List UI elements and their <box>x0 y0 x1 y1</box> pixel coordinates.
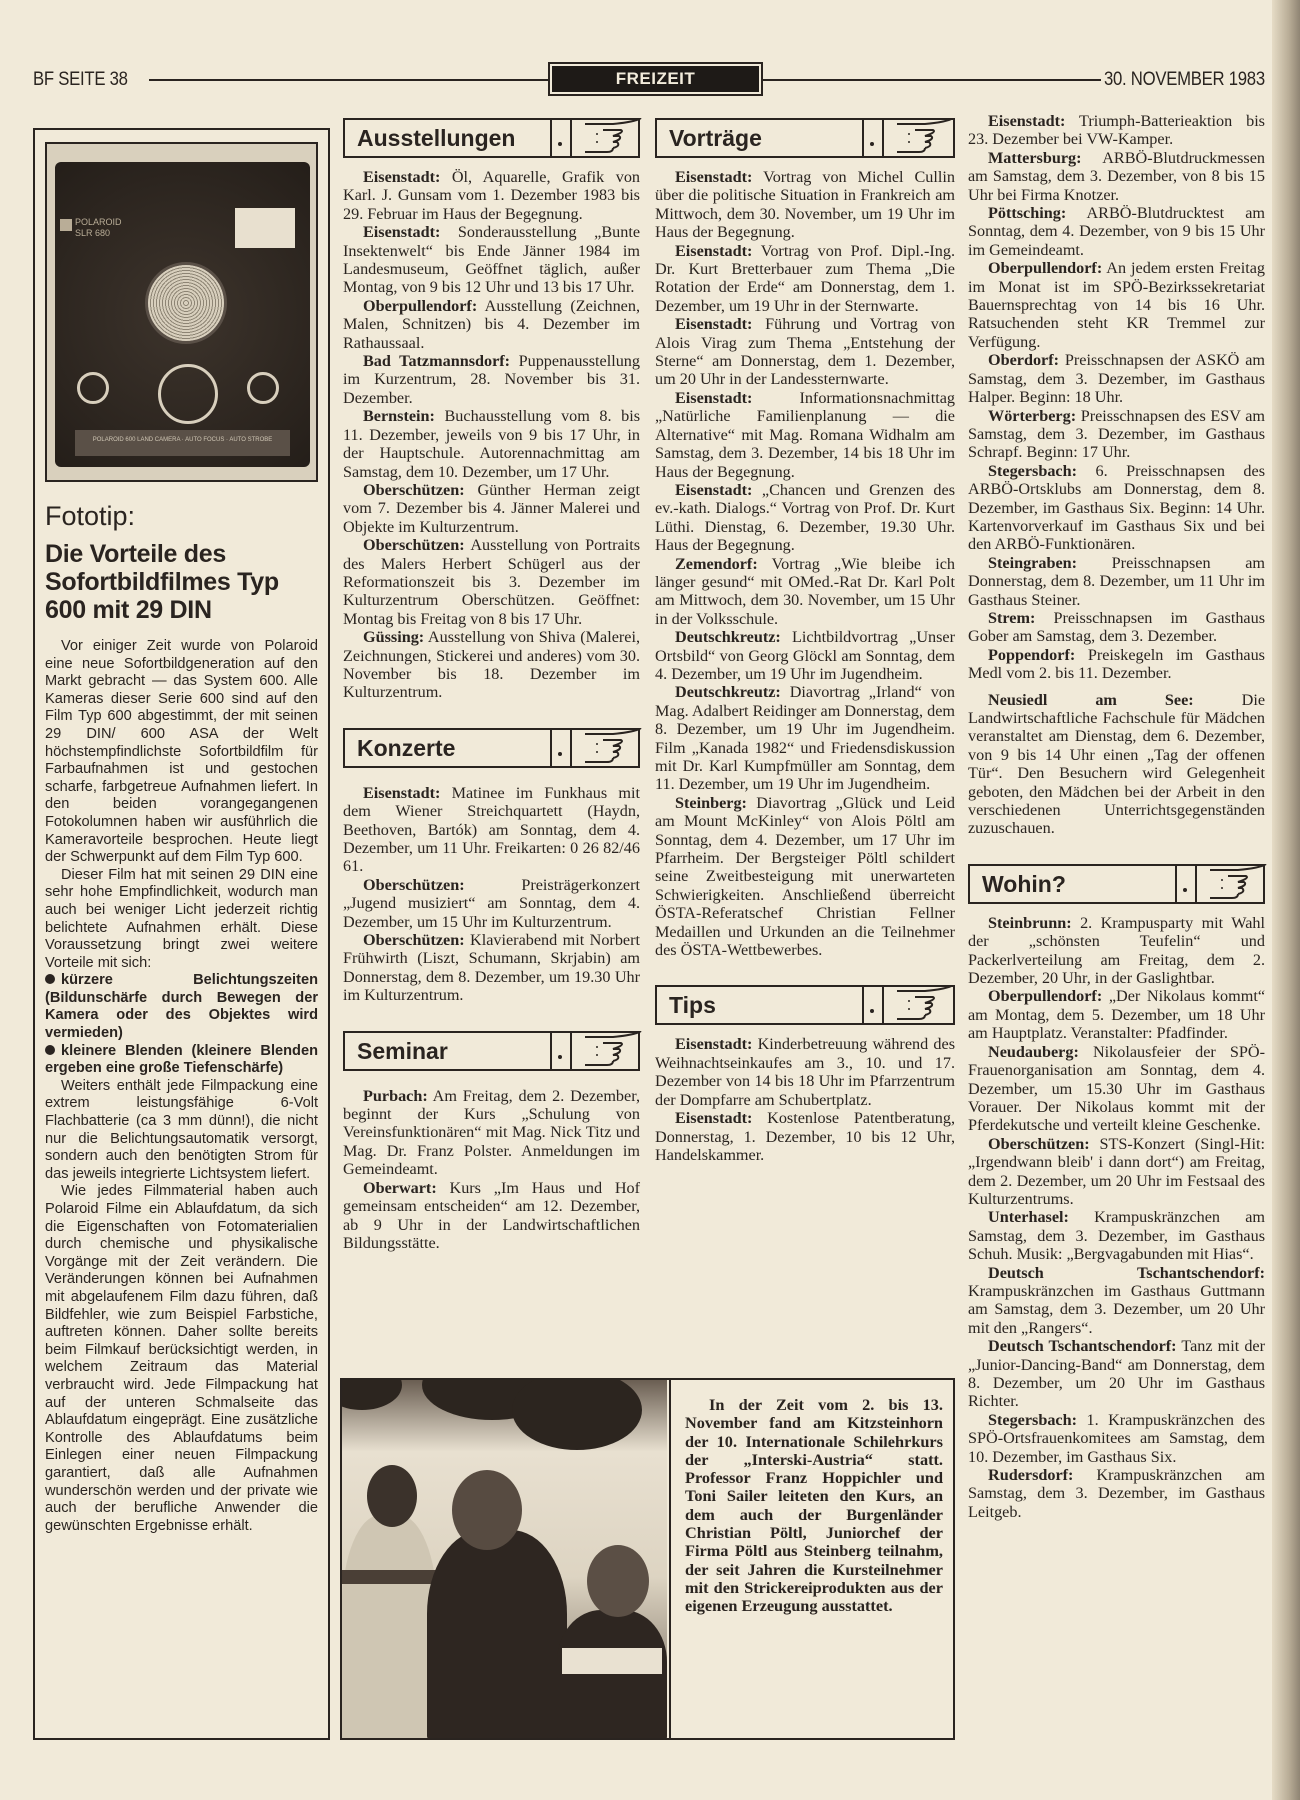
listing-wohin: Steinbrunn: 2. Krampusparty mit Wahl der… <box>968 914 1265 1521</box>
article-body: Vor einiger Zeit wurde von Polaroid eine… <box>45 638 318 1535</box>
page-number: BF SEITE 38 <box>33 66 128 94</box>
listing-item: Eisenstadt: Vortrag von Michel Cullin üb… <box>655 168 955 242</box>
listing-item: Oberschützen: Klavierabend mit Norbert F… <box>343 931 640 1005</box>
rubric-title: Tips <box>669 990 716 1020</box>
page-edge-shadow <box>1272 0 1300 1800</box>
pointing-hand-icon <box>895 985 955 1025</box>
listing-item: Eisenstadt: Sonderausstellung „Bunte Ins… <box>343 223 640 297</box>
rubric-title: Wohin? <box>982 869 1066 899</box>
fototip-article: POLAROID SLR 680 POLAROID 600 LAND CAMER… <box>33 128 330 1740</box>
listing-item: Deutschkreutz: Lichtbildvortrag „Unser O… <box>655 628 955 683</box>
brand-logo-icon <box>60 219 72 231</box>
flash-window-icon <box>235 208 295 248</box>
listing-item: Eisenstadt: Triumph-Batterieaktion bis 2… <box>968 112 1265 149</box>
sensor-icon <box>247 372 279 404</box>
rubric-title: Konzerte <box>357 733 455 763</box>
listing-item: Stegersbach: 1. Krampuskränzchen des SPÖ… <box>968 1411 1265 1466</box>
column-2: Ausstellungen Eisenstadt: Öl, Aquarelle,… <box>343 118 640 1252</box>
column-4: Eisenstadt: Triumph-Batterieaktion bis 2… <box>968 112 1265 1521</box>
pointing-hand-icon <box>583 118 643 158</box>
pointing-hand-icon <box>1208 864 1268 904</box>
article-headline: Die Vorteile des Sofortbildfilmes Typ 60… <box>45 540 318 624</box>
listing-item: Eisenstadt: „Chancen und Grenzen des ev.… <box>655 481 955 555</box>
header-rule-left <box>149 79 549 81</box>
listing-item: Deutsch Tschantschendorf: Tanz mit der „… <box>968 1337 1265 1411</box>
listing-seminar: Purbach: Am Freitag, dem 2. Dezember, be… <box>343 1087 640 1253</box>
paragraph: Wie jedes Filmmaterial haben auch Polaro… <box>45 1183 318 1535</box>
section-title: FREIZEIT <box>552 66 759 92</box>
camera-photo: POLAROID SLR 680 POLAROID 600 LAND CAMER… <box>45 142 318 482</box>
listing-item: Eisenstadt: Matinee im Funkhaus mit dem … <box>343 784 640 876</box>
listing-tips: Eisenstadt: Kinderbetreuung während des … <box>655 1035 955 1164</box>
listing-item: Steingraben: Preisschnapsen am Donnersta… <box>968 554 1265 609</box>
listing-item: Oberschützen: Preisträgerkonzert „Jugend… <box>343 876 640 931</box>
listing-item: Neudauberg: Nikolausfeier der SPÖ-Frauen… <box>968 1043 1265 1135</box>
bullet-item: kleinere Blenden (kleinere Blenden ergeb… <box>45 1043 318 1078</box>
listing-item: Oberschützen: STS-Konzert (Singl-Hit: „I… <box>968 1135 1265 1209</box>
listing-item: Strem: Preisschnapsen im Gasthaus Gober … <box>968 609 1265 646</box>
listing-item: Eisenstadt: Öl, Aquarelle, Grafik von Ka… <box>343 168 640 223</box>
ski-instructors-photo <box>342 1380 667 1738</box>
listing-item: Oberschützen: Ausstellung von Portraits … <box>343 536 640 628</box>
rubric-ausstellungen: Ausstellungen <box>343 118 640 158</box>
listing-vortraege: Eisenstadt: Vortrag von Michel Cullin üb… <box>655 168 955 959</box>
bullet-icon <box>45 1045 55 1055</box>
listing-item: Pöttsching: ARBÖ-Blutdrucktest am Sonnta… <box>968 204 1265 259</box>
listing-item: Eisenstadt: Kostenlose Patentberatung, D… <box>655 1109 955 1164</box>
listing-item: Stegersbach: 6. Preisschnapsen des ARBÖ-… <box>968 462 1265 554</box>
rubric-title: Ausstellungen <box>357 123 515 153</box>
camera-body: POLAROID SLR 680 POLAROID 600 LAND CAMER… <box>55 162 310 467</box>
listing-ausstellungen: Eisenstadt: Öl, Aquarelle, Grafik von Ka… <box>343 168 640 702</box>
listing-item: Steinbrunn: 2. Krampusparty mit Wahl der… <box>968 914 1265 988</box>
listing-item: Oberpullendorf: Ausstellung (Zeichnen, M… <box>343 297 640 352</box>
listing-item: Steinberg: Diavortrag „Glück und Leid am… <box>655 794 955 960</box>
listing-item: Oberwart: Kurs „Im Haus und Hof gemeinsa… <box>343 1179 640 1253</box>
listing-item: Oberschützen: Günther Herman zeigt vom 7… <box>343 481 640 536</box>
issue-date: 30. NOVEMBER 1983 <box>1104 66 1265 94</box>
listing-item: Oberpullendorf: An jedem ersten Freitag … <box>968 259 1265 351</box>
camera-brand: POLAROID SLR 680 <box>75 217 122 239</box>
listing-item: Deutsch Tschantschendorf: Krampuskränzch… <box>968 1264 1265 1338</box>
photo-caption: In der Zeit vom 2. bis 13. November fand… <box>669 1380 953 1738</box>
listing-item: Eisenstadt: Kinderbetreuung während des … <box>655 1035 955 1109</box>
listing-item: Eisenstadt: Vortrag von Prof. Dipl.-Ing.… <box>655 242 955 316</box>
paragraph: Weiters enthält jede Filmpackung eine ex… <box>45 1078 318 1184</box>
article-kicker: Fototip: <box>45 500 318 532</box>
page-header: BF SEITE 38 FREIZEIT 30. NOVEMBER 1983 <box>33 66 1265 96</box>
listing-item: Neusiedl am See: Die Landwirtschaftliche… <box>968 691 1265 838</box>
paragraph: Dieser Film hat mit seinen 29 DIN eine s… <box>45 867 318 973</box>
listing-item: Güssing: Ausstellung von Shiva (Malerei,… <box>343 628 640 702</box>
sonar-lens-icon <box>145 262 227 344</box>
rubric-wohin: Wohin? <box>968 864 1265 904</box>
column-3: Vorträge Eisenstadt: Vortrag von Michel … <box>655 118 955 1164</box>
listing-item: Mattersburg: ARBÖ-Blutdruckmessen am Sam… <box>968 149 1265 204</box>
rubric-title: Vorträge <box>669 123 762 153</box>
listing-item: Oberpullendorf: „Der Nikolaus kommt“ am … <box>968 987 1265 1042</box>
listing-konzerte: Eisenstadt: Matinee im Funkhaus mit dem … <box>343 784 640 1005</box>
pointing-hand-icon <box>583 1031 643 1071</box>
pointing-hand-icon <box>583 728 643 768</box>
section-banner: FREIZEIT <box>548 62 763 96</box>
rubric-vortraege: Vorträge <box>655 118 955 158</box>
listing-item: Unterhasel: Krampuskränzchen am Samstag,… <box>968 1208 1265 1263</box>
rubric-konzerte: Konzerte <box>343 728 640 768</box>
listing-item: Deutschkreutz: Diavortrag „Irland“ von M… <box>655 683 955 793</box>
viewfinder-icon <box>77 372 109 404</box>
listing-item: Wörterberg: Preisschnapsen des ESV am Sa… <box>968 407 1265 462</box>
listing-item: Oberdorf: Preisschnapsen der ASKÖ am Sam… <box>968 351 1265 406</box>
listing-tips-continued: Eisenstadt: Triumph-Batterieaktion bis 2… <box>968 112 1265 838</box>
paragraph: Vor einiger Zeit wurde von Polaroid eine… <box>45 638 318 867</box>
listing-item: Bernstein: Buchausstellung vom 8. bis 11… <box>343 407 640 481</box>
rubric-title: Seminar <box>357 1036 448 1066</box>
pointing-hand-icon <box>895 118 955 158</box>
listing-item: Zemendorf: Vortrag „Wie bleibe ich länge… <box>655 555 955 629</box>
camera-plate: POLAROID 600 LAND CAMERA · AUTO FOCUS · … <box>75 430 290 456</box>
header-rule-right <box>761 79 1101 81</box>
rubric-tips: Tips <box>655 985 955 1025</box>
listing-item: Bad Tatzmannsdorf: Puppenausstellung im … <box>343 352 640 407</box>
rubric-seminar: Seminar <box>343 1031 640 1071</box>
photo-feature: In der Zeit vom 2. bis 13. November fand… <box>340 1378 955 1740</box>
listing-item: Purbach: Am Freitag, dem 2. Dezember, be… <box>343 1087 640 1179</box>
listing-item: Eisenstadt: Führung und Vortrag von Aloi… <box>655 315 955 389</box>
listing-item: Rudersdorf: Krampuskränzchen am Samstag,… <box>968 1466 1265 1521</box>
lens-icon <box>158 364 218 424</box>
bullet-icon <box>45 974 55 984</box>
listing-item: Eisenstadt: Informationsnachmittag „Natü… <box>655 389 955 481</box>
bullet-item: kürzere Belichtungszeiten (Bildunschärfe… <box>45 972 318 1042</box>
listing-item: Poppendorf: Preiskegeln im Gasthaus Medl… <box>968 646 1265 683</box>
